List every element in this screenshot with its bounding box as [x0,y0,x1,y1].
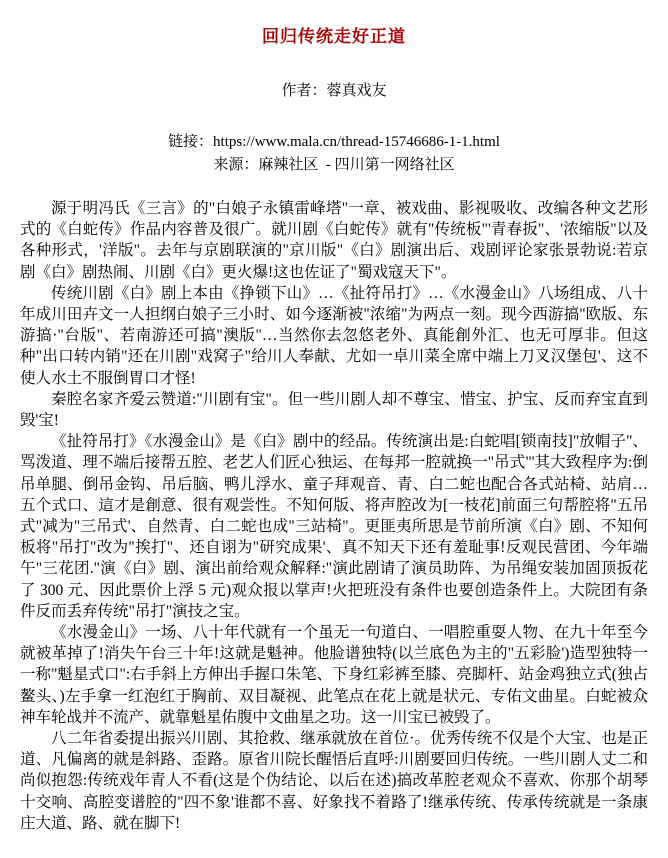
page-title: 回归传统走好正道 [20,0,648,47]
body-paragraph: 源于明冯氏《三言》的"白娘子永镇雷峰塔"一章、被戏曲、影视吸收、改编各种文艺形式… [20,198,648,283]
thread-link-line: 链接：https://www.mala.cn/thread-15746686-1… [20,130,648,151]
article-body: 源于明冯氏《三言》的"白娘子永镇雷峰塔"一章、被戏曲、影视吸收、改编各种文艺形式… [20,198,648,834]
body-paragraph: 秦腔名家齐爱云赞道:"川剧有宝"。但一些川剧人却不尊宝、惜宝、护宝、反而弃宝直到… [20,389,648,431]
author-line: 作者：蓉真戏友 [20,79,648,100]
body-paragraph: 传统川剧《白》剧上本由《挣锁下山》…《扯符吊打》…《水漫金山》八场组成、八十年成… [20,283,648,389]
document-page: 回归传统走好正道 作者：蓉真戏友 链接：https://www.mala.cn/… [0,0,668,858]
body-paragraph: 《水漫金山》一场、八十年代就有一个虽无一句道白、一唱腔重耍人物、在九十年至今就被… [20,622,648,728]
body-paragraph: 八二年省委提出振兴川剧、其抢救、继承就放在首位·。优秀传统不仅是个大宝、也是正道… [20,728,648,834]
source-line: 来源：麻辣社区 - 四川第一网络社区 [20,153,648,174]
body-paragraph: 《扯符吊打》《水漫金山》是《白》剧中的经品。传统演出是:白蛇唱[锁南技]"放帽子… [20,431,648,622]
